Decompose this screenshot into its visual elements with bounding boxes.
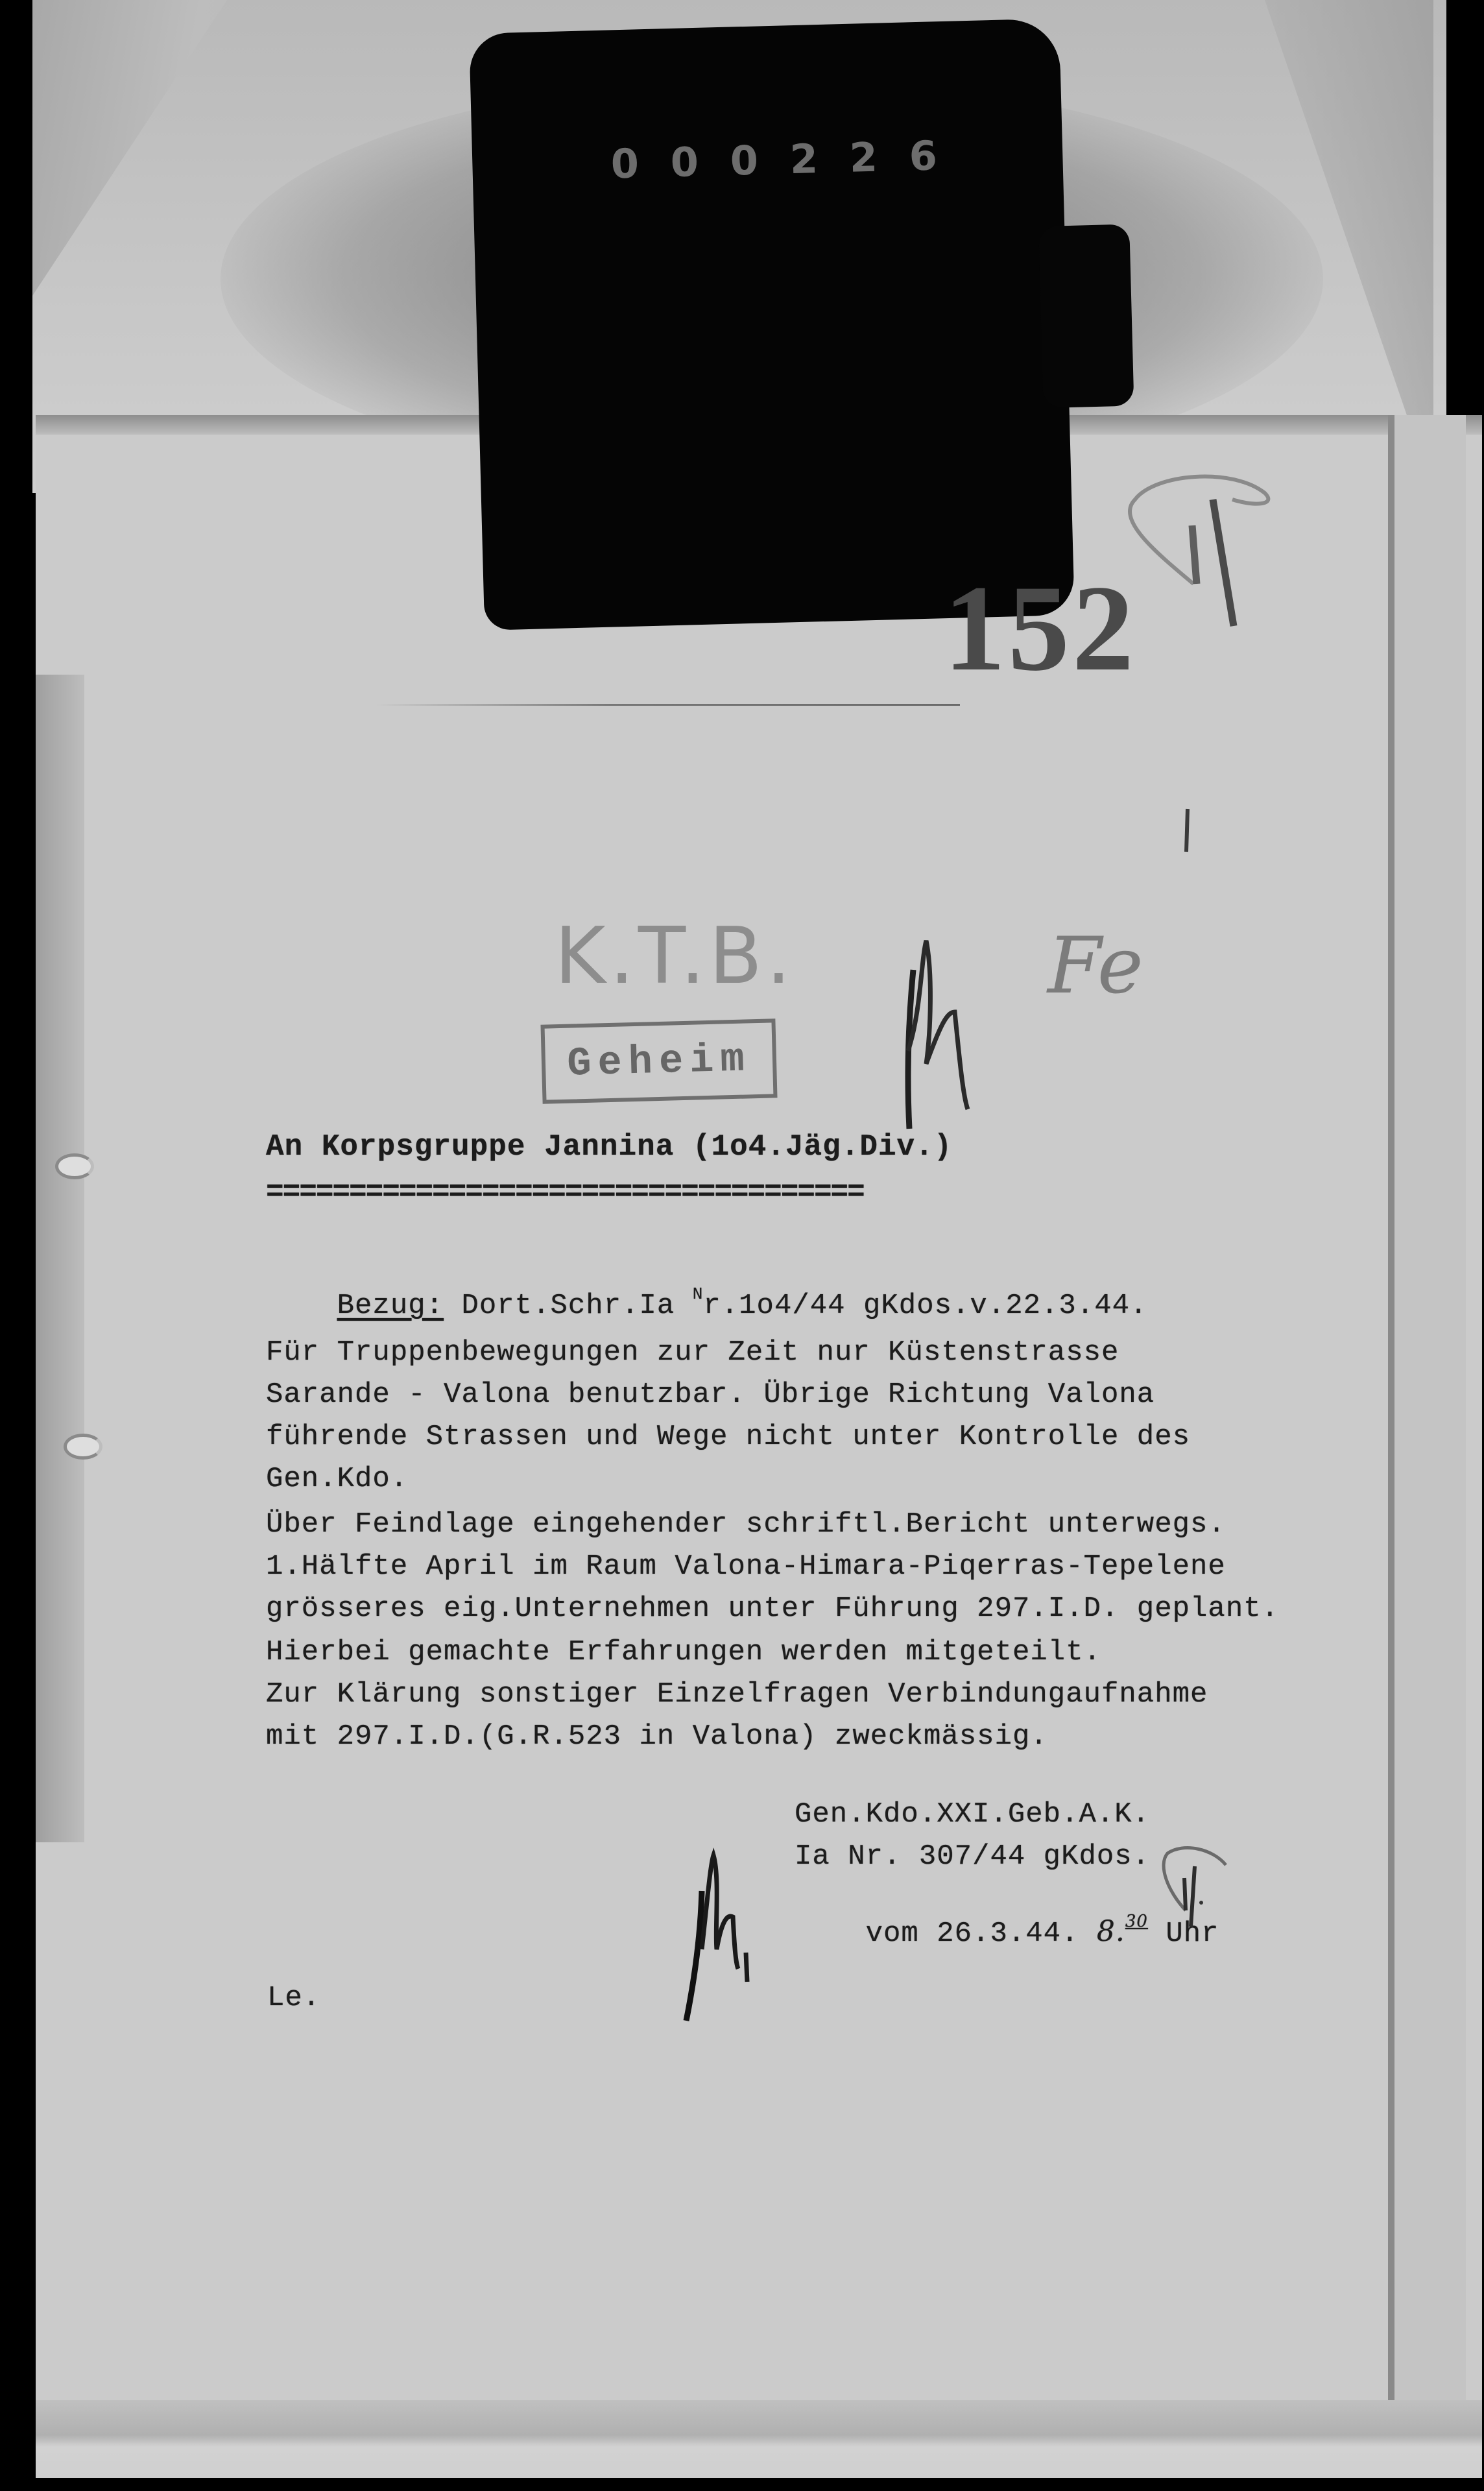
pencil-line [376,704,960,706]
reference-text: r.1o4/44 gKdos.v.22.3.44. [703,1290,1147,1322]
time-minutes: 30 [1125,1912,1148,1931]
punch-hole [64,1434,102,1460]
body-line: Über Feindlage eingehender schriftl.Beri… [266,1508,1226,1541]
body-line: 1.Hälfte April im Raum Valona-Himara-Piq… [266,1550,1226,1583]
reference-label: Bezug: [337,1290,444,1322]
counter-digit: 0 [667,138,701,186]
typist-initials: Le. [267,1982,320,2014]
signature-paraph-icon [895,934,986,1129]
body-line: grösseres eig.Unternehmen unter Führung … [266,1593,1279,1625]
counter-digit: 0 [608,139,641,187]
time-hour: 8. [1097,1915,1125,1948]
counter-digit: 2 [846,134,880,182]
margin-shade [36,675,84,1842]
stamp-text: Geheim [566,1036,751,1087]
page-number: 152 [944,558,1136,699]
addressee-line: An Korpsgruppe Jannina (1o4.Jäg.Div.) [266,1130,952,1164]
signature-paraph-icon [675,1852,752,2034]
body-line: Für Truppenbewegungen zur Zeit nur Küste… [266,1336,1119,1369]
body-line: mit 297.I.D.(G.R.523 in Valona) zweckmäs… [266,1720,1048,1753]
page-bottom-edge [36,2400,1482,2478]
initials-annotation: Fe [1047,921,1143,1011]
document-number: Ia Nr. 307/44 gKdos. [795,1840,1150,1873]
counter-digit: 2 [787,135,820,183]
underlying-page-strip [1394,415,1466,2478]
reference-text: Dort.Schr.Ia [444,1290,693,1322]
punch-hole [16,502,34,520]
counter-digit: 0 [727,136,761,184]
reference-superscript: N [693,1284,704,1304]
frame-counter: 0 0 0 2 2 6 [469,18,1075,631]
checkmark-icon [1116,461,1284,636]
counter-knob [1038,224,1134,409]
body-line: führende Strassen und Wege nicht unter K… [266,1421,1190,1453]
time-handwritten: 8.30 [1097,1915,1148,1948]
tick-mark-icon [1184,808,1190,853]
counter-digit: 6 [906,132,940,180]
punch-hole [55,1153,94,1179]
page-edge [1388,415,1394,2478]
date-text: vom 26.3.44. [866,1918,1097,1950]
body-line: Zur Klärung sonstiger Einzelfragen Verbi… [266,1678,1208,1711]
counter-digits: 0 0 0 2 2 6 [608,132,940,187]
double-underline: ==================================== [266,1175,864,1209]
checkmark-icon [1155,1839,1232,1930]
body-line: Hierbei gemachte Erfahrungen werden mitg… [266,1636,1101,1668]
body-line: Sarande - Valona benutzbar. Übrige Richt… [266,1378,1155,1411]
body-line: Gen.Kdo. [266,1463,408,1495]
sender-unit: Gen.Kdo.XXI.Geb.A.K. [795,1798,1150,1831]
classification-stamp: Geheim [540,1018,777,1103]
ktb-annotation: K.T.B. [555,911,795,1002]
